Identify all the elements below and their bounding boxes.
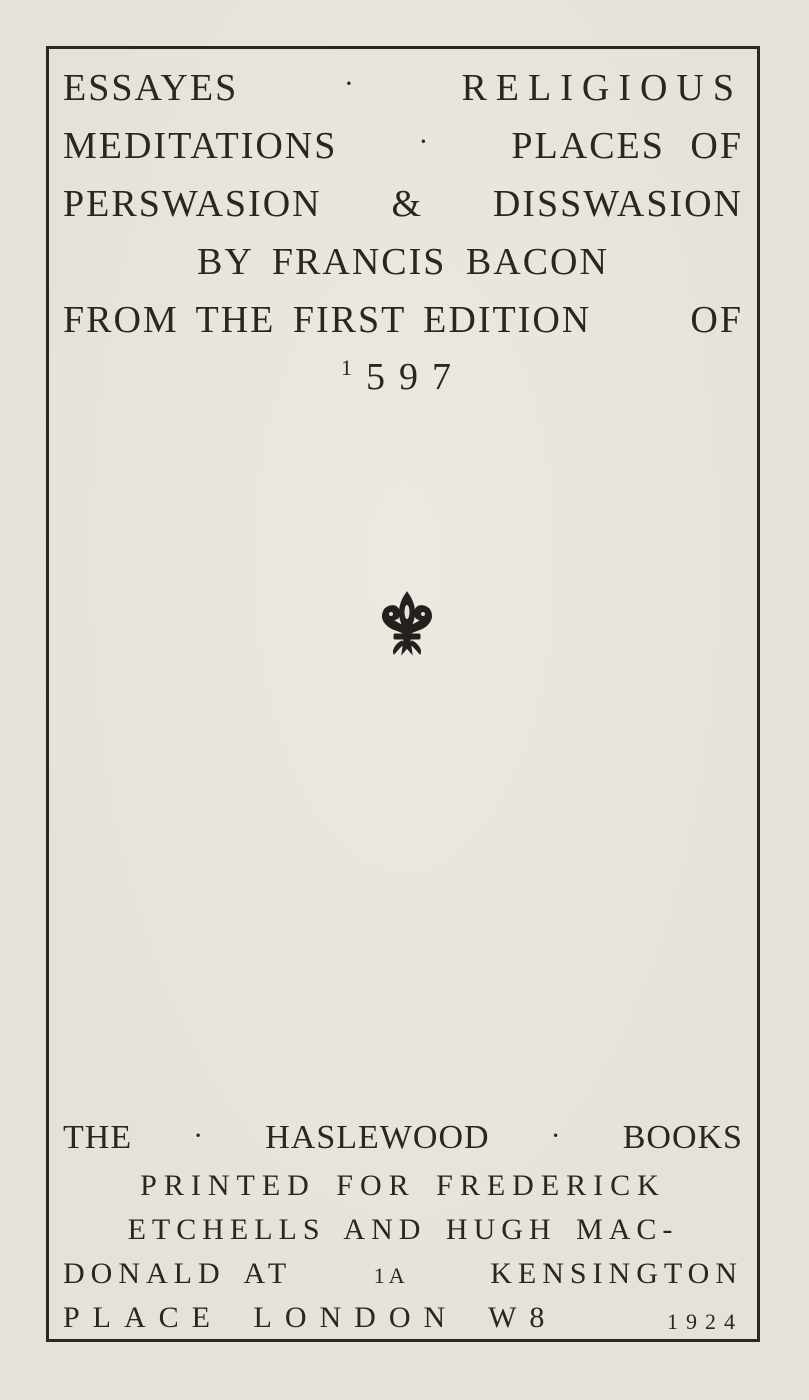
title-line-1: ESSAYES · RELIGIOUS	[63, 69, 743, 107]
imprint-kensington: KENSINGTON	[490, 1259, 743, 1289]
edition-line: FROM THE FIRST EDITION OF	[63, 301, 743, 339]
title-line-2: MEDITATIONS · PLACES OF	[63, 127, 743, 165]
interpunct: ·	[418, 127, 430, 165]
ampersand: &	[391, 185, 423, 223]
imprint-books: BOOKS	[623, 1121, 743, 1155]
interpunct: ·	[551, 1121, 562, 1155]
imprint-line-2: PRINTED FOR FREDERICK	[49, 1171, 757, 1201]
year-first-digit: 1	[341, 355, 366, 380]
title-word-perswasion: PERSWASION	[63, 185, 322, 223]
title-word-meditations: MEDITATIONS	[63, 127, 337, 165]
title-word-essayes: ESSAYES	[63, 69, 238, 107]
imprint-donald-at: DONALD AT	[63, 1259, 292, 1289]
title-word-religious: RELIGIOUS	[461, 69, 743, 107]
imprint-line-5: PLACE LONDON W8 1924	[63, 1303, 743, 1333]
title-page-border: ESSAYES · RELIGIOUS MEDITATIONS · PLACES…	[46, 46, 760, 1342]
imprint-line-3: ETCHELLS AND HUGH MAC-	[49, 1215, 757, 1245]
imprint-street-number: 1A	[374, 1259, 409, 1289]
interpunct: ·	[193, 1121, 204, 1155]
imprint-the: THE	[63, 1121, 132, 1155]
publication-year: 1597	[49, 357, 757, 396]
interpunct: ·	[344, 69, 356, 107]
imprint-place-london: PLACE LONDON W8	[63, 1303, 557, 1333]
edition-text: FROM THE FIRST EDITION	[63, 301, 591, 339]
imprint-line-4: DONALD AT 1A KENSINGTON	[63, 1259, 743, 1289]
year-rest: 597	[366, 356, 465, 398]
title-word-disswasion: DISSWASION	[493, 185, 743, 223]
author-line: BY FRANCIS BACON	[49, 243, 757, 281]
imprint-year: 1924	[667, 1303, 743, 1333]
title-line-3: PERSWASION & DISSWASION	[63, 185, 743, 223]
imprint-haslewood: HASLEWOOD	[265, 1121, 489, 1155]
title-words-places-of: PLACES OF	[511, 127, 743, 165]
fleur-de-lis-icon	[374, 588, 440, 660]
edition-of: OF	[690, 301, 743, 339]
imprint-line-1: THE · HASLEWOOD · BOOKS	[63, 1121, 743, 1155]
